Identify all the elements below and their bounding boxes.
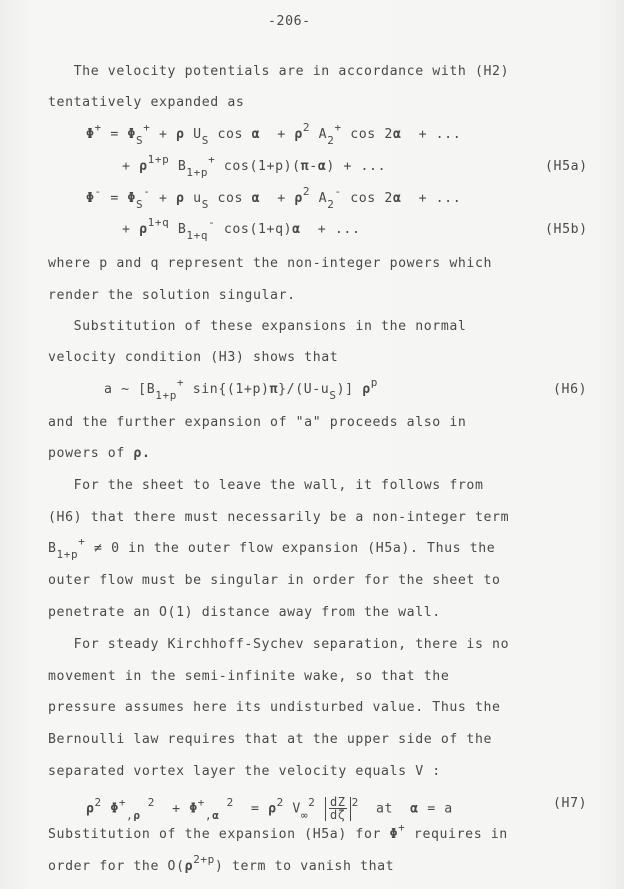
document-page: -206- The velocity potentials are in acc… bbox=[0, 0, 624, 889]
paragraph-line: movement in the semi-infinite wake, so t… bbox=[48, 669, 449, 685]
paragraph-line: tentatively expanded as bbox=[48, 95, 244, 111]
paragraph-line: separated vortex layer the velocity equa… bbox=[48, 764, 441, 780]
paragraph-line: For steady Kirchhoff-Sychev separation, … bbox=[48, 637, 509, 653]
equation-number-h6: (H6) bbox=[553, 382, 587, 397]
equation-h5b-line1: Φ- = ΦS- + ρ uS cos α + ρ2 A2- cos 2α + … bbox=[86, 191, 461, 207]
paragraph-line: Substitution of the expansion (H5a) for … bbox=[48, 827, 508, 843]
text-segment: order for the O( bbox=[48, 859, 185, 874]
paragraph-line: outer flow must be singular in order for… bbox=[48, 573, 501, 589]
equation-number-h5b: (H5b) bbox=[545, 222, 588, 237]
text-segment: ≠ 0 in the outer flow expansion (H5a). T… bbox=[85, 541, 495, 556]
paragraph-line: Substitution of these expansions in the … bbox=[48, 319, 466, 335]
paragraph-line: order for the O(ρ2+p) term to vanish tha… bbox=[48, 859, 394, 875]
page-number: -206- bbox=[268, 14, 311, 30]
equation-h6: a ~ [B1+p+ sin{(1+p)π}/(U-uS)] ρp bbox=[104, 382, 378, 398]
paragraph-line: For the sheet to leave the wall, it foll… bbox=[48, 478, 484, 494]
equation-number-h7: (H7) bbox=[553, 796, 587, 811]
text-segment: requires in bbox=[405, 827, 507, 842]
paragraph-line: where p and q represent the non-integer … bbox=[48, 256, 492, 272]
equation-number-h5a: (H5a) bbox=[545, 159, 588, 174]
paragraph-line: penetrate an O(1) distance away from the… bbox=[48, 605, 441, 621]
paragraph-line: (H6) that there must necessarily be a no… bbox=[48, 510, 509, 526]
rho-symbol: ρ. bbox=[133, 446, 150, 461]
paragraph-line: The velocity potentials are in accordanc… bbox=[48, 64, 509, 80]
equation-h5b-line2: + ρ1+q B1+q- cos(1+q)α + ... bbox=[122, 222, 361, 238]
equation-h5a-line1: Φ+ = ΦS+ + ρ US cos α + ρ2 A2+ cos 2α + … bbox=[86, 127, 461, 143]
paragraph-line: B1+p+ ≠ 0 in the outer flow expansion (H… bbox=[48, 541, 495, 557]
paragraph-line: Bernoulli law requires that at the upper… bbox=[48, 732, 492, 748]
text-segment: Substitution of the expansion (H5a) for bbox=[48, 827, 390, 842]
text-segment: ) term to vanish that bbox=[215, 859, 394, 874]
paragraph-line: powers of ρ. bbox=[48, 446, 151, 462]
paragraph-line: velocity condition (H3) shows that bbox=[48, 350, 338, 366]
equation-h7: ρ2 Φ+,ρ 2 + Φ+,α 2 = ρ2 V∞2 dZdζ2 at α =… bbox=[86, 796, 453, 821]
equation-h5a-line2: + ρ1+p B1+p+ cos(1+p)(π-α) + ... bbox=[122, 159, 386, 175]
paragraph-line: pressure assumes here its undisturbed va… bbox=[48, 700, 501, 716]
paragraph-line: render the solution singular. bbox=[48, 288, 296, 304]
text-segment: powers of bbox=[48, 446, 133, 461]
paragraph-line: and the further expansion of "a" proceed… bbox=[48, 415, 466, 431]
